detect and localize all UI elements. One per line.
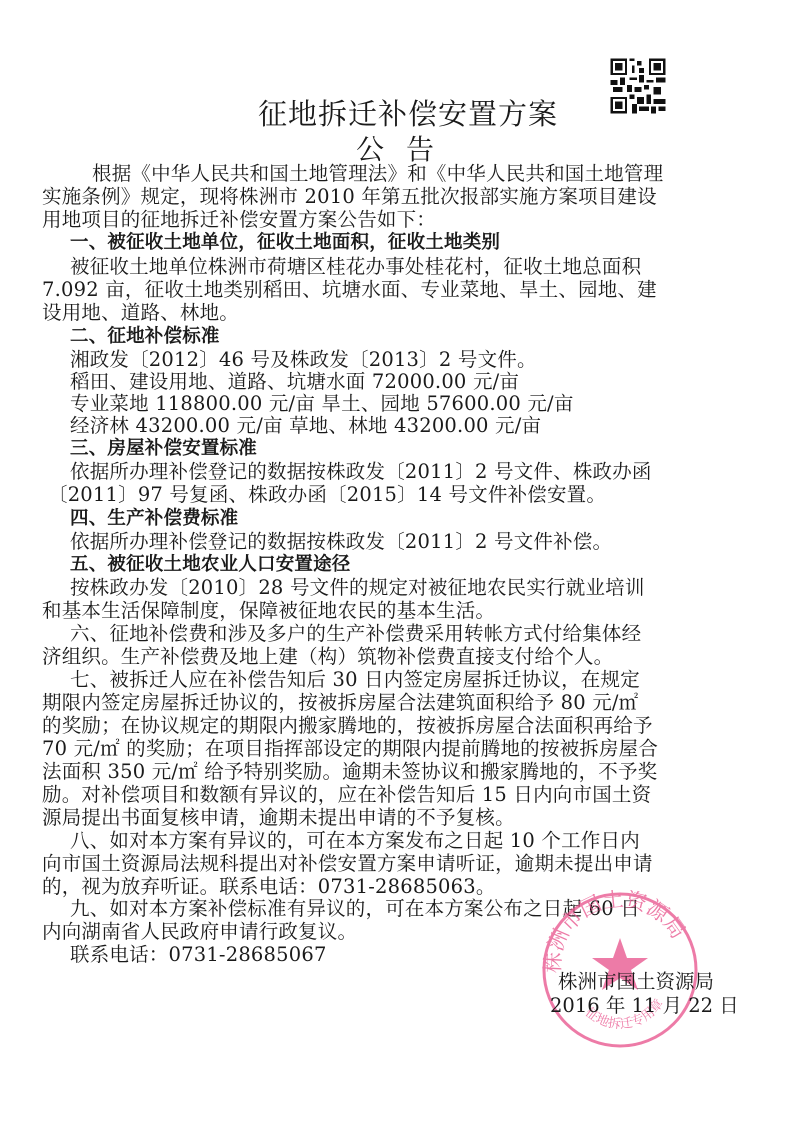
- body-line: 励。对补偿项目和数额有异议的，应在补偿告知后 15 日内向市国土资: [42, 784, 651, 806]
- section-heading: 一、被征收土地单位，征收土地面积，征收土地类别: [70, 232, 500, 254]
- body-line: 法面积 350 元/㎡ 给予特别奖励。逾期未签协议和搬家腾地的，不予奖: [42, 761, 657, 783]
- signature-date: 2016 年 11 月 22 日: [550, 990, 739, 1018]
- body-line: 设用地、道路、林地。: [42, 302, 239, 324]
- body-line: 期限内签定房屋拆迁协议的，按被拆房屋合法建筑面积给予 80 元/㎡: [42, 692, 638, 714]
- body-line: 经济林 43200.00 元/亩 草地、林地 43200.00 元/亩: [70, 415, 541, 437]
- body-line: 专业菜地 118800.00 元/亩 旱土、园地 57600.00 元/亩: [70, 393, 574, 415]
- body-line: 〔2011〕97 号复函、株政办函〔2015〕14 号文件补偿安置。: [48, 484, 606, 506]
- qr-code-icon: [608, 56, 668, 116]
- section-heading: 四、生产补偿费标准: [70, 508, 238, 530]
- body-line: 70 元/㎡ 的奖励；在项目指挥部设定的期限内提前腾地的按被拆房屋合: [42, 738, 658, 760]
- section-heading: 三、房屋补偿安置标准: [70, 438, 257, 460]
- section-heading: 五、被征收土地农业人口安置途径: [70, 554, 351, 576]
- body-line: 的奖励；在协议规定的期限内搬家腾地的，按被拆房屋合法面积再给予: [42, 715, 653, 737]
- body-line: 稻田、建设用地、道路、坑塘水面 72000.00 元/亩: [70, 371, 519, 393]
- body-line: 源局提出书面复核申请，逾期未提出申请的不予复核。: [42, 807, 515, 829]
- body-line: 的，视为放弃听证。联系电话：0731-28685063。: [42, 876, 496, 898]
- body-line: 联系电话：0731-28685067: [70, 944, 327, 966]
- body-line: 按株政办发〔2010〕28 号文件的规定对被征地农民实行就业培训: [70, 577, 645, 599]
- body-line: 和基本生活保障制度，保障被征地农民的基本生活。: [42, 600, 495, 622]
- section-heading: 二、征地补偿标准: [70, 326, 220, 348]
- body-line: 根据《中华人民共和国土地管理法》和《中华人民共和国土地管理: [92, 163, 663, 185]
- body-line: 内向湖南省人民政府申请行政复议。: [42, 921, 357, 943]
- body-line: 被征收土地单位株洲市荷塘区桂花办事处桂花村，征收土地总面积: [70, 256, 641, 278]
- document-title-text: 征地拆迁补偿安置方案: [258, 97, 558, 131]
- body-line: 用地项目的征地拆迁补偿安置方案公告如下：: [42, 209, 436, 231]
- body-line: 向市国土资源局法规科提出对补偿安置方案申请听证，逾期未提出申请: [42, 853, 653, 875]
- document-title: 征地拆迁补偿安置方案: [0, 92, 800, 133]
- body-line: 依据所办理补偿登记的数据按株政发〔2011〕2 号文件、株政办函: [70, 461, 652, 483]
- body-line: 实施条例》规定，现将株洲市 2010 年第五批次报部实施方案项目建设: [42, 186, 657, 208]
- body-line: 济组织。生产补偿费及地上建（构）筑物补偿费直接支付给个人。: [42, 646, 613, 668]
- body-line: 依据所办理补偿登记的数据按株政发〔2011〕2 号文件补偿。: [70, 531, 612, 553]
- body-line: 7.092 亩，征收土地类别稻田、坑塘水面、专业菜地、旱土、园地、建: [42, 279, 657, 301]
- body-line: 湘政发〔2012〕46 号及株政发〔2013〕2 号文件。: [70, 349, 537, 371]
- body-line: 六、征地补偿费和涉及多户的生产补偿费采用转帐方式付给集体经: [70, 623, 641, 645]
- body-line: 七、被拆迁人应在补偿告知后 30 日内签定房屋拆迁协议，在规定: [70, 669, 640, 691]
- body-line: 八、如对本方案有异议的，可在本方案发布之日起 10 个工作日内: [70, 830, 640, 852]
